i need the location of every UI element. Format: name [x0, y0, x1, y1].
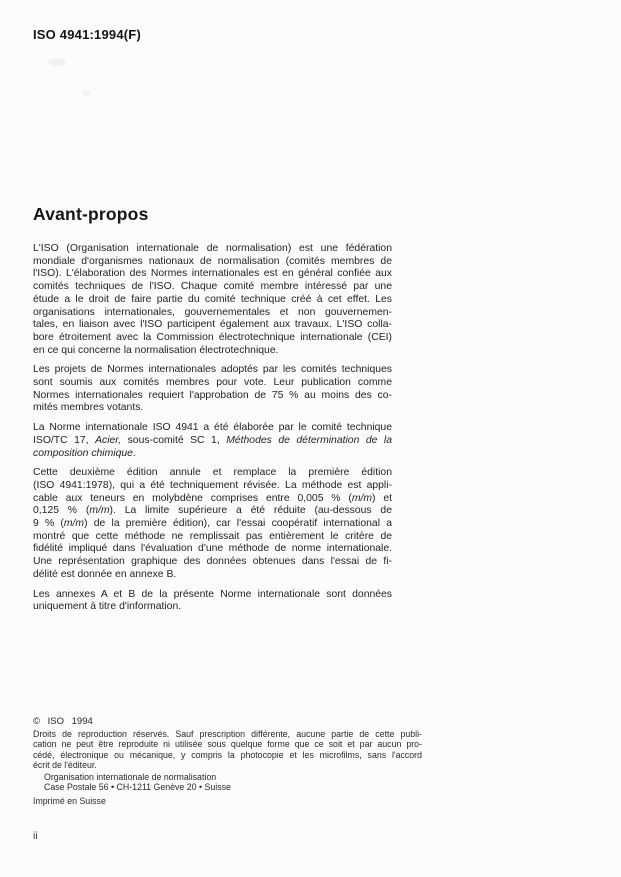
printed-in-note: Imprimé en Suisse	[33, 796, 106, 806]
document-page: ISO 4941:1994(F) Avant-propos L'ISO (Org…	[0, 0, 621, 877]
copyright-line: © ISO 1994	[33, 716, 93, 727]
paragraph-annexes: Les annexes A et B de la présente Norme …	[33, 589, 392, 614]
scan-artifact	[82, 90, 91, 96]
paragraph-iso-federation: L'ISO (Organisation internationale de no…	[33, 243, 392, 357]
publisher-address-block: Organisation internationale de normalisa…	[44, 772, 231, 793]
page-number: ii	[33, 830, 38, 842]
copyright-notice: Droits de reproduction réservés. Sauf pr…	[33, 729, 422, 771]
publisher-name: Organisation internationale de normalisa…	[44, 772, 231, 782]
document-reference: ISO 4941:1994(F)	[33, 27, 141, 42]
foreword-title: Avant-propos	[33, 204, 149, 225]
scan-artifact	[48, 58, 66, 66]
paragraph-second-edition: Cette deuxième édition annule et remplac…	[33, 467, 392, 581]
publisher-postal-address: Case Postale 56 • CH-1211 Genève 20 • Su…	[44, 782, 231, 792]
paragraph-draft-votes: Les projets de Normes internationales ad…	[33, 364, 392, 415]
foreword-body: L'ISO (Organisation internationale de no…	[33, 243, 392, 621]
paragraph-committee: La Norme internationale ISO 4941 a été é…	[33, 422, 392, 460]
